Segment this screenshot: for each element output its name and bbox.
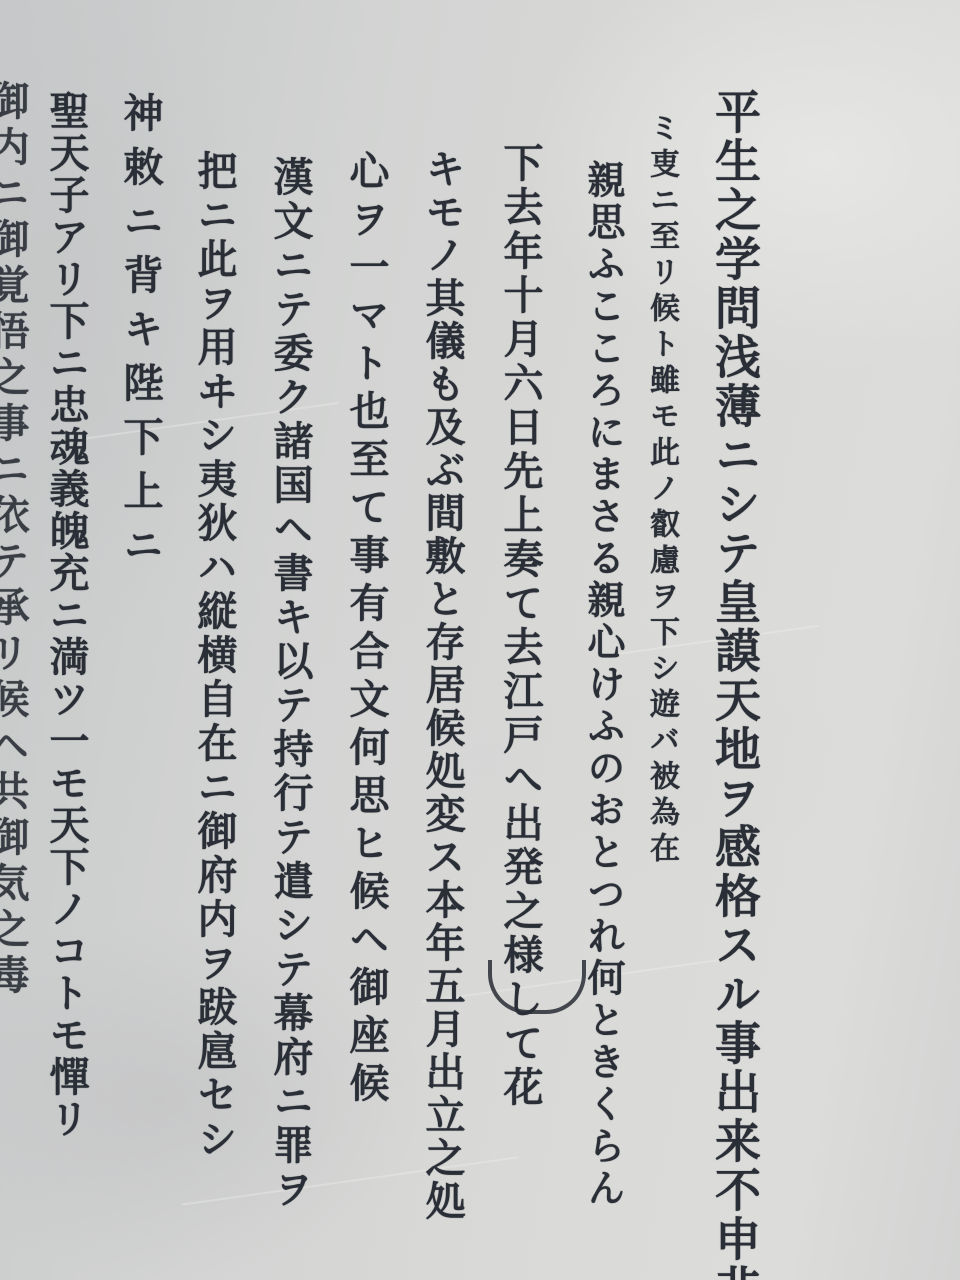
manuscript-column-9: 神敕ニ背キ陛下上ニ <box>120 92 160 612</box>
manuscript-column-2: ミ叓ニ至リ候ト雖モ此ノ叡慮ヲ下シ遊バ被為在 <box>646 112 676 912</box>
manuscript-column-10: 聖天子アリ下ニ忠魂義魄充ニ満ツ一モ天下ノコトモ憚リ <box>46 90 86 1180</box>
manuscript-column-7: 漢文ニテ委ク諸国ヘ書キ以テ持行テ遣シテ幕府ニ罪ヲ <box>270 156 310 1166</box>
manuscript-column-8: 把ニ此ヲ用ヰシ夷狄ハ縦横自在ニ御府内ヲ跋扈セシ <box>194 150 234 1170</box>
manuscript-column-4: 下去年十月六日先上奏て去江戸へ出発之様して花 <box>500 142 540 1172</box>
manuscript-column-5: キモノ其儀も及ぶ間敷と存居候処変ス本年五月出立之処 <box>422 148 462 1178</box>
manuscript-column-11-partial: 御内ニ御覚悟之事ニ依テ承リ候ヘ共御気之毒 <box>0 80 26 1200</box>
manuscript-column-3-poem: 親思ふこころにまさる親心けふのおとつれ何ときくらん <box>584 160 622 1170</box>
manuscript-column-1: 平生之学問浅薄ニシテ皇謨天地ヲ感格スル事出来不申非常 <box>712 88 758 1178</box>
manuscript-column-6: 心ヲ一マト也至て事有合文何思ヒ候ヘ御座候 <box>346 150 386 1170</box>
